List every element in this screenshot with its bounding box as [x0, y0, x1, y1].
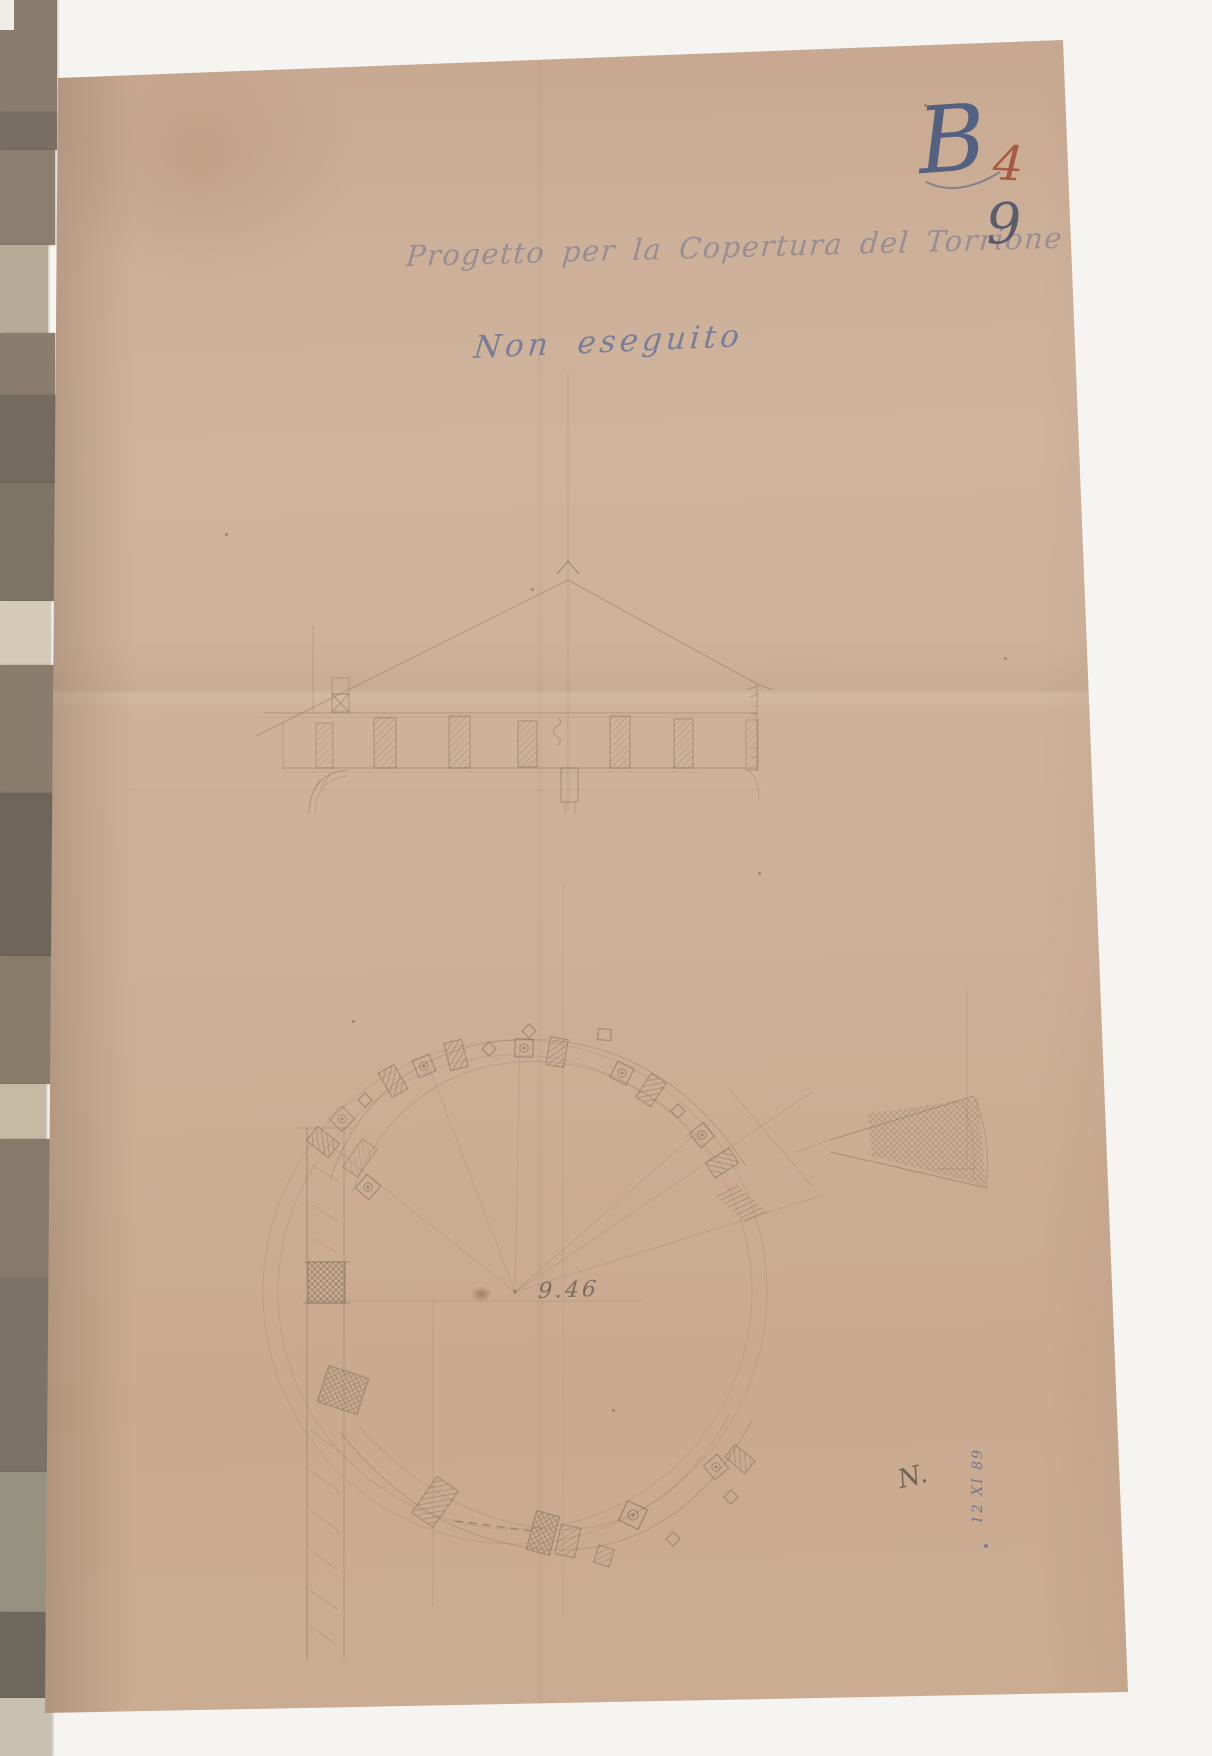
- elevation-dimension-squiggle: [553, 718, 560, 746]
- edge-date-dot: [984, 1544, 988, 1548]
- binding-strip-segment: [0, 1698, 52, 1756]
- binding-strip-segment: [0, 1472, 53, 1612]
- paper-sheet: Progetto per la Copertura del Torrione N…: [0, 0, 1212, 1756]
- elevation-center-pendant: [561, 768, 578, 802]
- binding-strip-segment: [0, 956, 55, 1084]
- binding-strip-segment: [0, 1084, 46, 1139]
- elevation-left-wall-hatch: [316, 723, 333, 768]
- elevation-pilasters: [374, 716, 758, 770]
- plan-left-wall: [298, 1128, 377, 1660]
- binding-strip-segment: [0, 333, 55, 395]
- binding-strip-segment: [0, 395, 57, 483]
- binding-strip-segment: [0, 793, 57, 956]
- binding-strip-segment: [0, 245, 48, 333]
- binding-strip-segment: [0, 112, 57, 150]
- binding-strip-segment: [0, 1139, 55, 1279]
- elevation-drawing: [128, 372, 773, 814]
- pencil-drawings: [0, 0, 1212, 1756]
- binding-strip-segment: [0, 601, 50, 665]
- binding-strip-segment: [0, 483, 57, 601]
- scan-page: Progetto per la Copertura del Torrione N…: [0, 0, 1212, 1756]
- archive-letter-flourish: [926, 172, 1000, 188]
- binding-strip-segment: [0, 665, 56, 793]
- plan-ring-posts: [306, 1024, 738, 1200]
- binding-strip-segment: [0, 150, 55, 245]
- detail-sketch: [796, 988, 988, 1188]
- plan-drawing: [263, 882, 820, 1660]
- binding-strip-notch: [0, 0, 14, 30]
